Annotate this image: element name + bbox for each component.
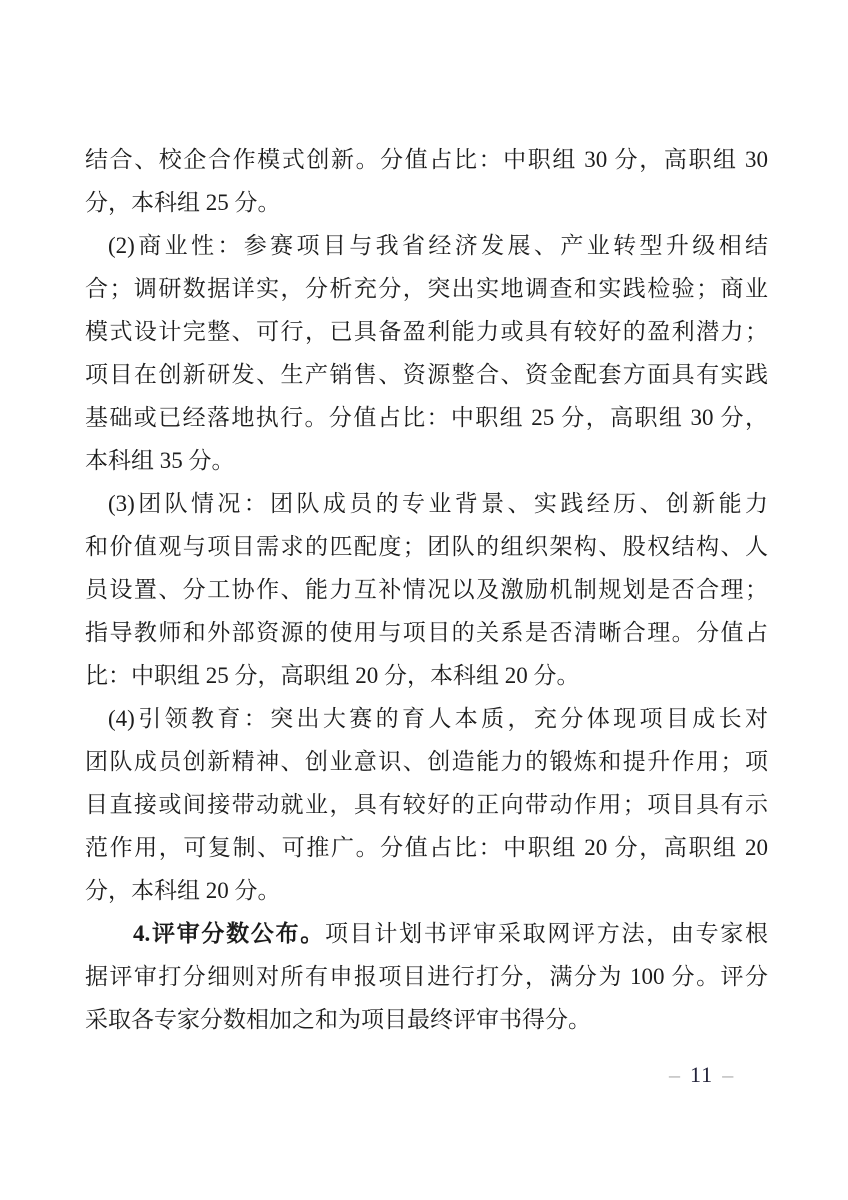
text-line: 采取各专家分数相加之和为项目最终评审书得分。 — [85, 998, 768, 1041]
text-run: 本科组 35 分。 — [85, 448, 235, 473]
text-line: 指导教师和外部资源的使用与项目的关系是否清晰合理。分值占 — [85, 611, 768, 654]
text-run: 合；调研数据详实，分析充分，突出实地调查和实践检验；商业 — [85, 276, 768, 301]
text-run: 项目计划书评审采取网评方法，由专家根 — [325, 921, 768, 946]
text-run: 基础或已经落地执行。分值占比：中职组 25 分，高职组 30 分， — [85, 405, 768, 430]
text-run: 项目在创新研发、生产销售、资源整合、资金配套方面具有实践 — [85, 362, 768, 387]
text-run: (4)引领教育：突出大赛的育人本质，充分体现项目成长对 — [108, 706, 768, 731]
text-line: 4.评审分数公布。项目计划书评审采取网评方法，由专家根 — [85, 912, 768, 955]
text-run: 据评审打分细则对所有申报项目进行打分，满分为 100 分。评分 — [85, 964, 768, 989]
text-run: 分，本科组 25 分。 — [85, 190, 281, 215]
text-line: 目直接或间接带动就业，具有较好的正向带动作用；项目具有示 — [85, 783, 768, 826]
text-run: 范作用，可复制、可推广。分值占比：中职组 20 分，高职组 20 — [85, 835, 768, 860]
text-line: 范作用，可复制、可推广。分值占比：中职组 20 分，高职组 20 — [85, 826, 768, 869]
text-line: 模式设计完整、可行，已具备盈利能力或具有较好的盈利潜力； — [85, 310, 768, 353]
text-line: 本科组 35 分。 — [85, 439, 768, 482]
paragraph: 4.评审分数公布。项目计划书评审采取网评方法，由专家根据评审打分细则对所有申报项… — [85, 912, 768, 1041]
text-run: 团队成员创新精神、创业意识、创造能力的锻炼和提升作用；项 — [85, 749, 768, 774]
text-run: 员设置、分工协作、能力互补情况以及激励机制规划是否合理； — [85, 577, 768, 602]
text-run: 结合、校企合作模式创新。分值占比：中职组 30 分，高职组 30 — [85, 147, 768, 172]
text-run: 分，本科组 20 分。 — [85, 878, 281, 903]
document-page: 结合、校企合作模式创新。分值占比：中职组 30 分，高职组 30分，本科组 25… — [0, 0, 848, 1200]
text-line: 和价值观与项目需求的匹配度；团队的组织架构、股权结构、人 — [85, 525, 768, 568]
text-run: (2)商业性：参赛项目与我省经济发展、产业转型升级相结 — [108, 233, 768, 258]
text-line: 结合、校企合作模式创新。分值占比：中职组 30 分，高职组 30 — [85, 138, 768, 181]
text-run: 和价值观与项目需求的匹配度；团队的组织架构、股权结构、人 — [85, 534, 768, 559]
paragraph: (3)团队情况：团队成员的专业背景、实践经历、创新能力和价值观与项目需求的匹配度… — [85, 482, 768, 697]
text-line: 分，本科组 20 分。 — [85, 869, 768, 912]
text-line: 基础或已经落地执行。分值占比：中职组 25 分，高职组 30 分， — [85, 396, 768, 439]
page-number: – 11 – — [669, 1062, 734, 1088]
paragraph: (2)商业性：参赛项目与我省经济发展、产业转型升级相结合；调研数据详实，分析充分… — [85, 224, 768, 482]
text-run: 模式设计完整、可行，已具备盈利能力或具有较好的盈利潜力； — [85, 319, 768, 344]
page-number-value: 11 — [690, 1062, 713, 1088]
text-run: 比：中职组 25 分，高职组 20 分，本科组 20 分。 — [85, 663, 580, 688]
text-run: (3)团队情况：团队成员的专业背景、实践经历、创新能力 — [108, 491, 768, 516]
bold-text-run: 4.评审分数公布。 — [133, 921, 325, 946]
text-line: 员设置、分工协作、能力互补情况以及激励机制规划是否合理； — [85, 568, 768, 611]
text-line: 合；调研数据详实，分析充分，突出实地调查和实践检验；商业 — [85, 267, 768, 310]
paragraph: 结合、校企合作模式创新。分值占比：中职组 30 分，高职组 30分，本科组 25… — [85, 138, 768, 224]
paragraph: (4)引领教育：突出大赛的育人本质，充分体现项目成长对团队成员创新精神、创业意识… — [85, 697, 768, 912]
page-number-dash-left: – — [669, 1062, 681, 1088]
text-line: (4)引领教育：突出大赛的育人本质，充分体现项目成长对 — [85, 697, 768, 740]
text-line: 据评审打分细则对所有申报项目进行打分，满分为 100 分。评分 — [85, 955, 768, 998]
page-number-dash-right: – — [722, 1062, 734, 1088]
text-line: (3)团队情况：团队成员的专业背景、实践经历、创新能力 — [85, 482, 768, 525]
text-line: 团队成员创新精神、创业意识、创造能力的锻炼和提升作用；项 — [85, 740, 768, 783]
text-line: 分，本科组 25 分。 — [85, 181, 768, 224]
text-line: (2)商业性：参赛项目与我省经济发展、产业转型升级相结 — [85, 224, 768, 267]
text-run: 目直接或间接带动就业，具有较好的正向带动作用；项目具有示 — [85, 792, 768, 817]
text-line: 比：中职组 25 分，高职组 20 分，本科组 20 分。 — [85, 654, 768, 697]
text-run: 指导教师和外部资源的使用与项目的关系是否清晰合理。分值占 — [85, 620, 768, 645]
document-body: 结合、校企合作模式创新。分值占比：中职组 30 分，高职组 30分，本科组 25… — [85, 138, 768, 1041]
text-run: 采取各专家分数相加之和为项目最终评审书得分。 — [85, 1007, 591, 1032]
text-line: 项目在创新研发、生产销售、资源整合、资金配套方面具有实践 — [85, 353, 768, 396]
